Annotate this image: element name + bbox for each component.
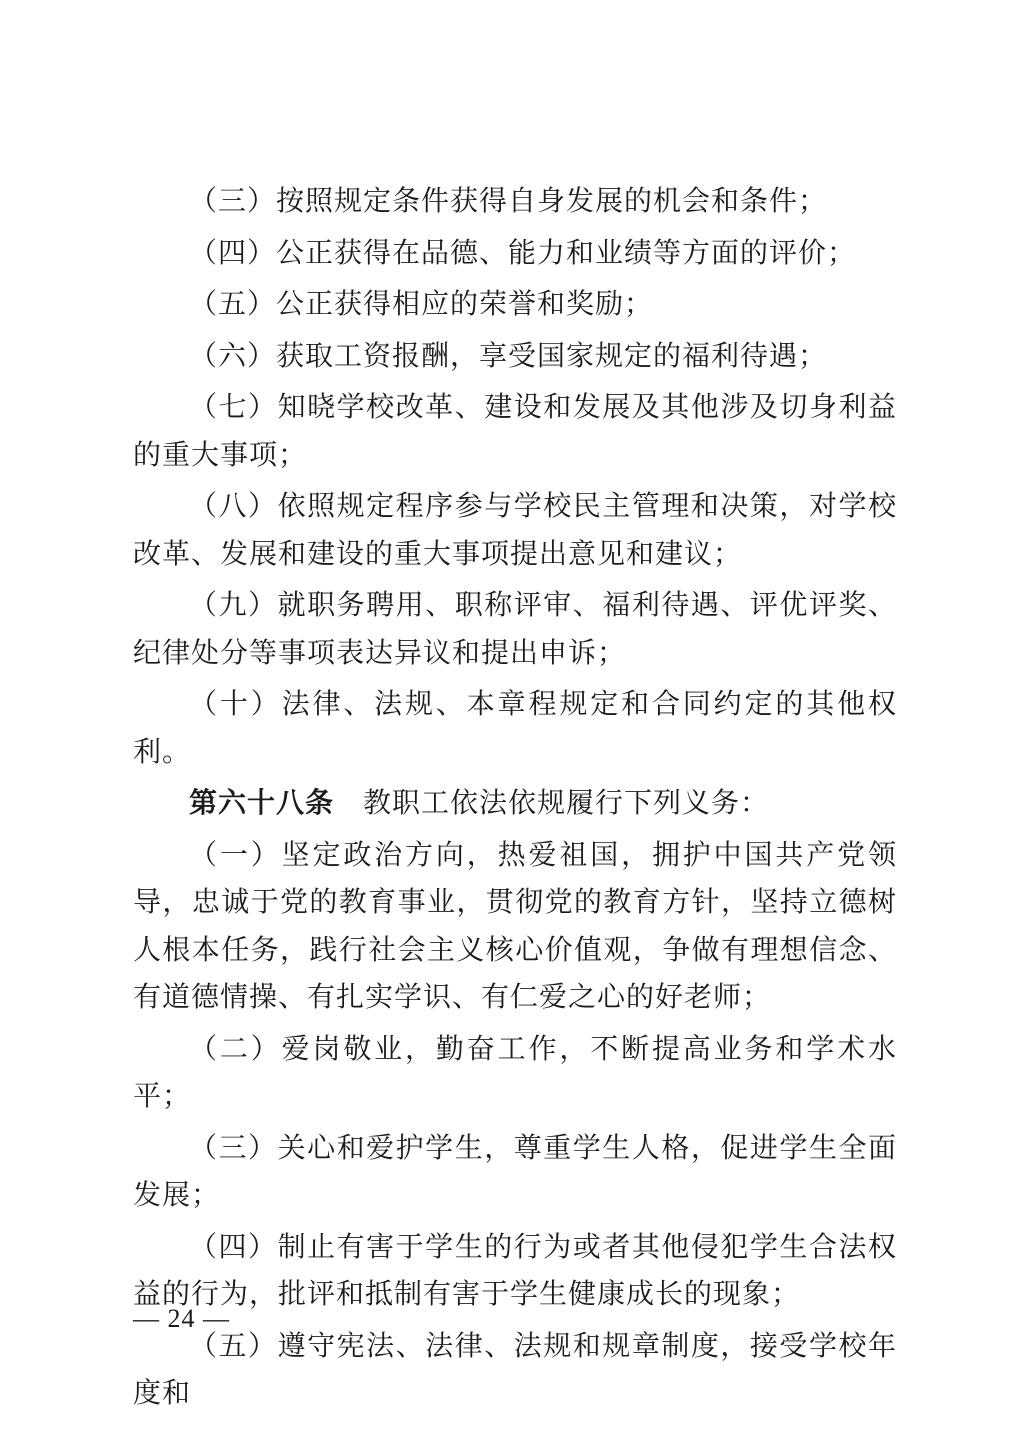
paragraph-text: （九）就职务聘用、职称评审、福利待遇、评优评奖、纪律处分等事项表达异议和提出申诉… — [133, 590, 897, 669]
list-item: （四）制止有害于学生的行为或者其他侵犯学生合法权益的行为，批评和抵制有害于学生健… — [133, 1224, 897, 1319]
paragraph-text: （五）公正获得相应的荣誉和奖励； — [189, 289, 653, 320]
paragraph-text: （一）坚定政治方向，热爱祖国，拥护中国共产党领导，忠诚于党的教育事业，贯彻党的教… — [133, 840, 897, 1014]
document-page: （三）按照规定条件获得自身发展的机会和条件； （四）公正获得在品德、能力和业绩等… — [0, 0, 1024, 1448]
page-footer: — 24 — — [133, 1306, 230, 1332]
list-item: （七）知晓学校改革、建设和发展及其他涉及切身利益的重大事项； — [133, 384, 897, 479]
list-item: （三）关心和爱护学生，尊重学生人格，促进学生全面发展； — [133, 1125, 897, 1220]
article-number: 第六十八条 — [189, 788, 334, 819]
list-item: （十）法律、法规、本章程规定和合同约定的其他权利。 — [133, 681, 897, 776]
list-item: （四）公正获得在品德、能力和业绩等方面的评价； — [133, 230, 897, 278]
paragraph-text: （七）知晓学校改革、建设和发展及其他涉及切身利益的重大事项； — [133, 392, 897, 471]
document-body: （三）按照规定条件获得自身发展的机会和条件； （四）公正获得在品德、能力和业绩等… — [133, 178, 897, 1422]
paragraph-text: （三）按照规定条件获得自身发展的机会和条件； — [189, 186, 827, 217]
list-item: （二）爱岗敬业，勤奋工作，不断提高业务和学术水平； — [133, 1026, 897, 1121]
paragraph-text: （六）获取工资报酬，享受国家规定的福利待遇； — [189, 341, 827, 372]
article-68-clause: 第六十八条 教职工依法依规履行下列义务： — [133, 780, 897, 828]
list-item: （五）公正获得相应的荣誉和奖励； — [133, 281, 897, 329]
paragraph-text: （八）依照规定程序参与学校民主管理和决策，对学校改革、发展和建设的重大事项提出意… — [133, 491, 897, 570]
paragraph-text: 教职工依法依规履行下列义务： — [334, 788, 769, 819]
paragraph-text: （四）制止有害于学生的行为或者其他侵犯学生合法权益的行为，批评和抵制有害于学生健… — [133, 1232, 897, 1311]
paragraph-text: （五）遵守宪法、法律、法规和规章制度，接受学校年度和 — [133, 1331, 897, 1410]
paragraph-text: （四）公正获得在品德、能力和业绩等方面的评价； — [189, 238, 856, 269]
paragraph-text: （十）法律、法规、本章程规定和合同约定的其他权利。 — [133, 689, 897, 768]
list-item: （一）坚定政治方向，热爱祖国，拥护中国共产党领导，忠诚于党的教育事业，贯彻党的教… — [133, 832, 897, 1022]
list-item: （三）按照规定条件获得自身发展的机会和条件； — [133, 178, 897, 226]
paragraph-text: （三）关心和爱护学生，尊重学生人格，促进学生全面发展； — [133, 1133, 897, 1212]
list-item: （九）就职务聘用、职称评审、福利待遇、评优评奖、纪律处分等事项表达异议和提出申诉… — [133, 582, 897, 677]
list-item: （八）依照规定程序参与学校民主管理和决策，对学校改革、发展和建设的重大事项提出意… — [133, 483, 897, 578]
list-item: （五）遵守宪法、法律、法规和规章制度，接受学校年度和 — [133, 1323, 897, 1418]
list-item: （六）获取工资报酬，享受国家规定的福利待遇； — [133, 333, 897, 381]
paragraph-text: （二）爱岗敬业，勤奋工作，不断提高业务和学术水平； — [133, 1034, 897, 1113]
page-number: — 24 — — [133, 1304, 230, 1333]
